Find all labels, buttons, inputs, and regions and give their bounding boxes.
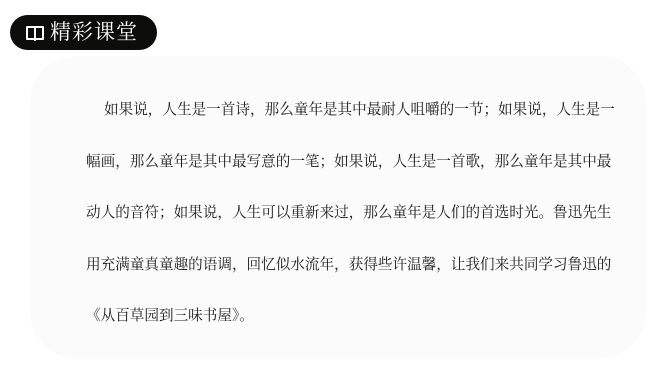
paragraph-line: 《从百草园到三味书屋》。 <box>86 290 598 342</box>
slide: 精彩课堂 如果说，人生是一首诗，那么童年是其中最耐人咀嚼的一节；如果说，人生是一… <box>0 0 668 376</box>
intro-paragraph: 如果说，人生是一首诗，那么童年是其中最耐人咀嚼的一节；如果说，人生是一 幅画，那… <box>86 98 598 356</box>
book-open-icon <box>26 25 44 41</box>
section-title: 精彩课堂 <box>50 22 138 43</box>
paragraph-line: 如果说，人生是一首诗，那么童年是其中最耐人咀嚼的一节；如果说，人生是一 <box>86 84 598 136</box>
section-title-badge: 精彩课堂 <box>10 15 157 50</box>
paragraph-line: 幅画，那么童年是其中最写意的一笔；如果说，人生是一首歌，那么童年是其中最 <box>86 136 598 188</box>
paragraph-line: 动人的音符；如果说，人生可以重新来过，那么童年是人们的首选时光。鲁迅先生 <box>86 187 598 239</box>
paragraph-line: 用充满童真童趣的语调，回忆似水流年，获得些许温馨，让我们来共同学习鲁迅的 <box>86 239 598 291</box>
